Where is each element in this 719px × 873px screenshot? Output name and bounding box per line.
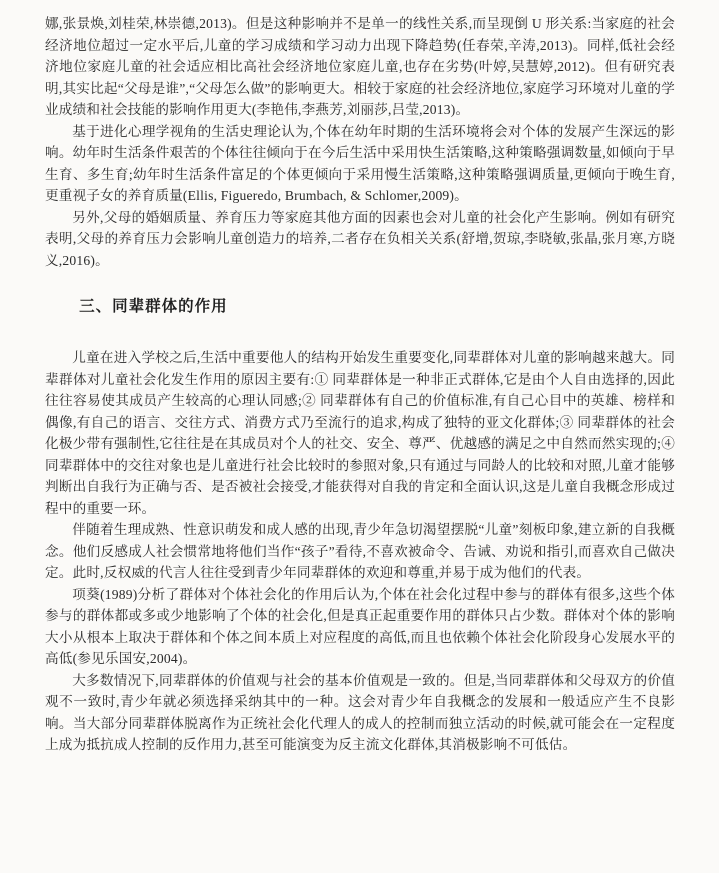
paragraph-peer-group-reasons: 儿童在进入学校之后,生活中重要他人的结构开始发生重要变化,同辈群体对儿童的影响越… — [45, 347, 675, 519]
paragraph-marriage-quality-parenting-stress: 另外,父母的婚姻质量、养育压力等家庭其他方面的因素也会对儿童的社会化产生影响。例… — [45, 207, 675, 272]
paragraph-adolescent-identity: 伴随着生理成熟、性意识萌发和成人感的出现,青少年急切渴望摆脱“儿童”刻板印象,建… — [45, 519, 675, 584]
book-page: 娜,张景焕,刘桂荣,林崇德,2013)。但是这种影响并不是单一的线性关系,而呈现… — [0, 0, 719, 873]
paragraph-peer-vs-parent-values: 大多数情况下,同辈群体的价值观与社会的基本价值观是一致的。但是,当同辈群体和父母… — [45, 670, 675, 756]
paragraph-family-ses-effects: 娜,张景焕,刘桂荣,林崇德,2013)。但是这种影响并不是单一的线性关系,而呈现… — [45, 13, 675, 121]
section-heading-peer-group-role: 三、同辈群体的作用 — [45, 296, 675, 318]
paragraph-life-history-theory: 基于进化心理学视角的生活史理论认为,个体在幼年时期的生活环境将会对个体的发展产生… — [45, 121, 675, 207]
paragraph-group-influence-analysis: 项葵(1989)分析了群体对个体社会化的作用后认为,个体在社会化过程中参与的群体… — [45, 584, 675, 670]
